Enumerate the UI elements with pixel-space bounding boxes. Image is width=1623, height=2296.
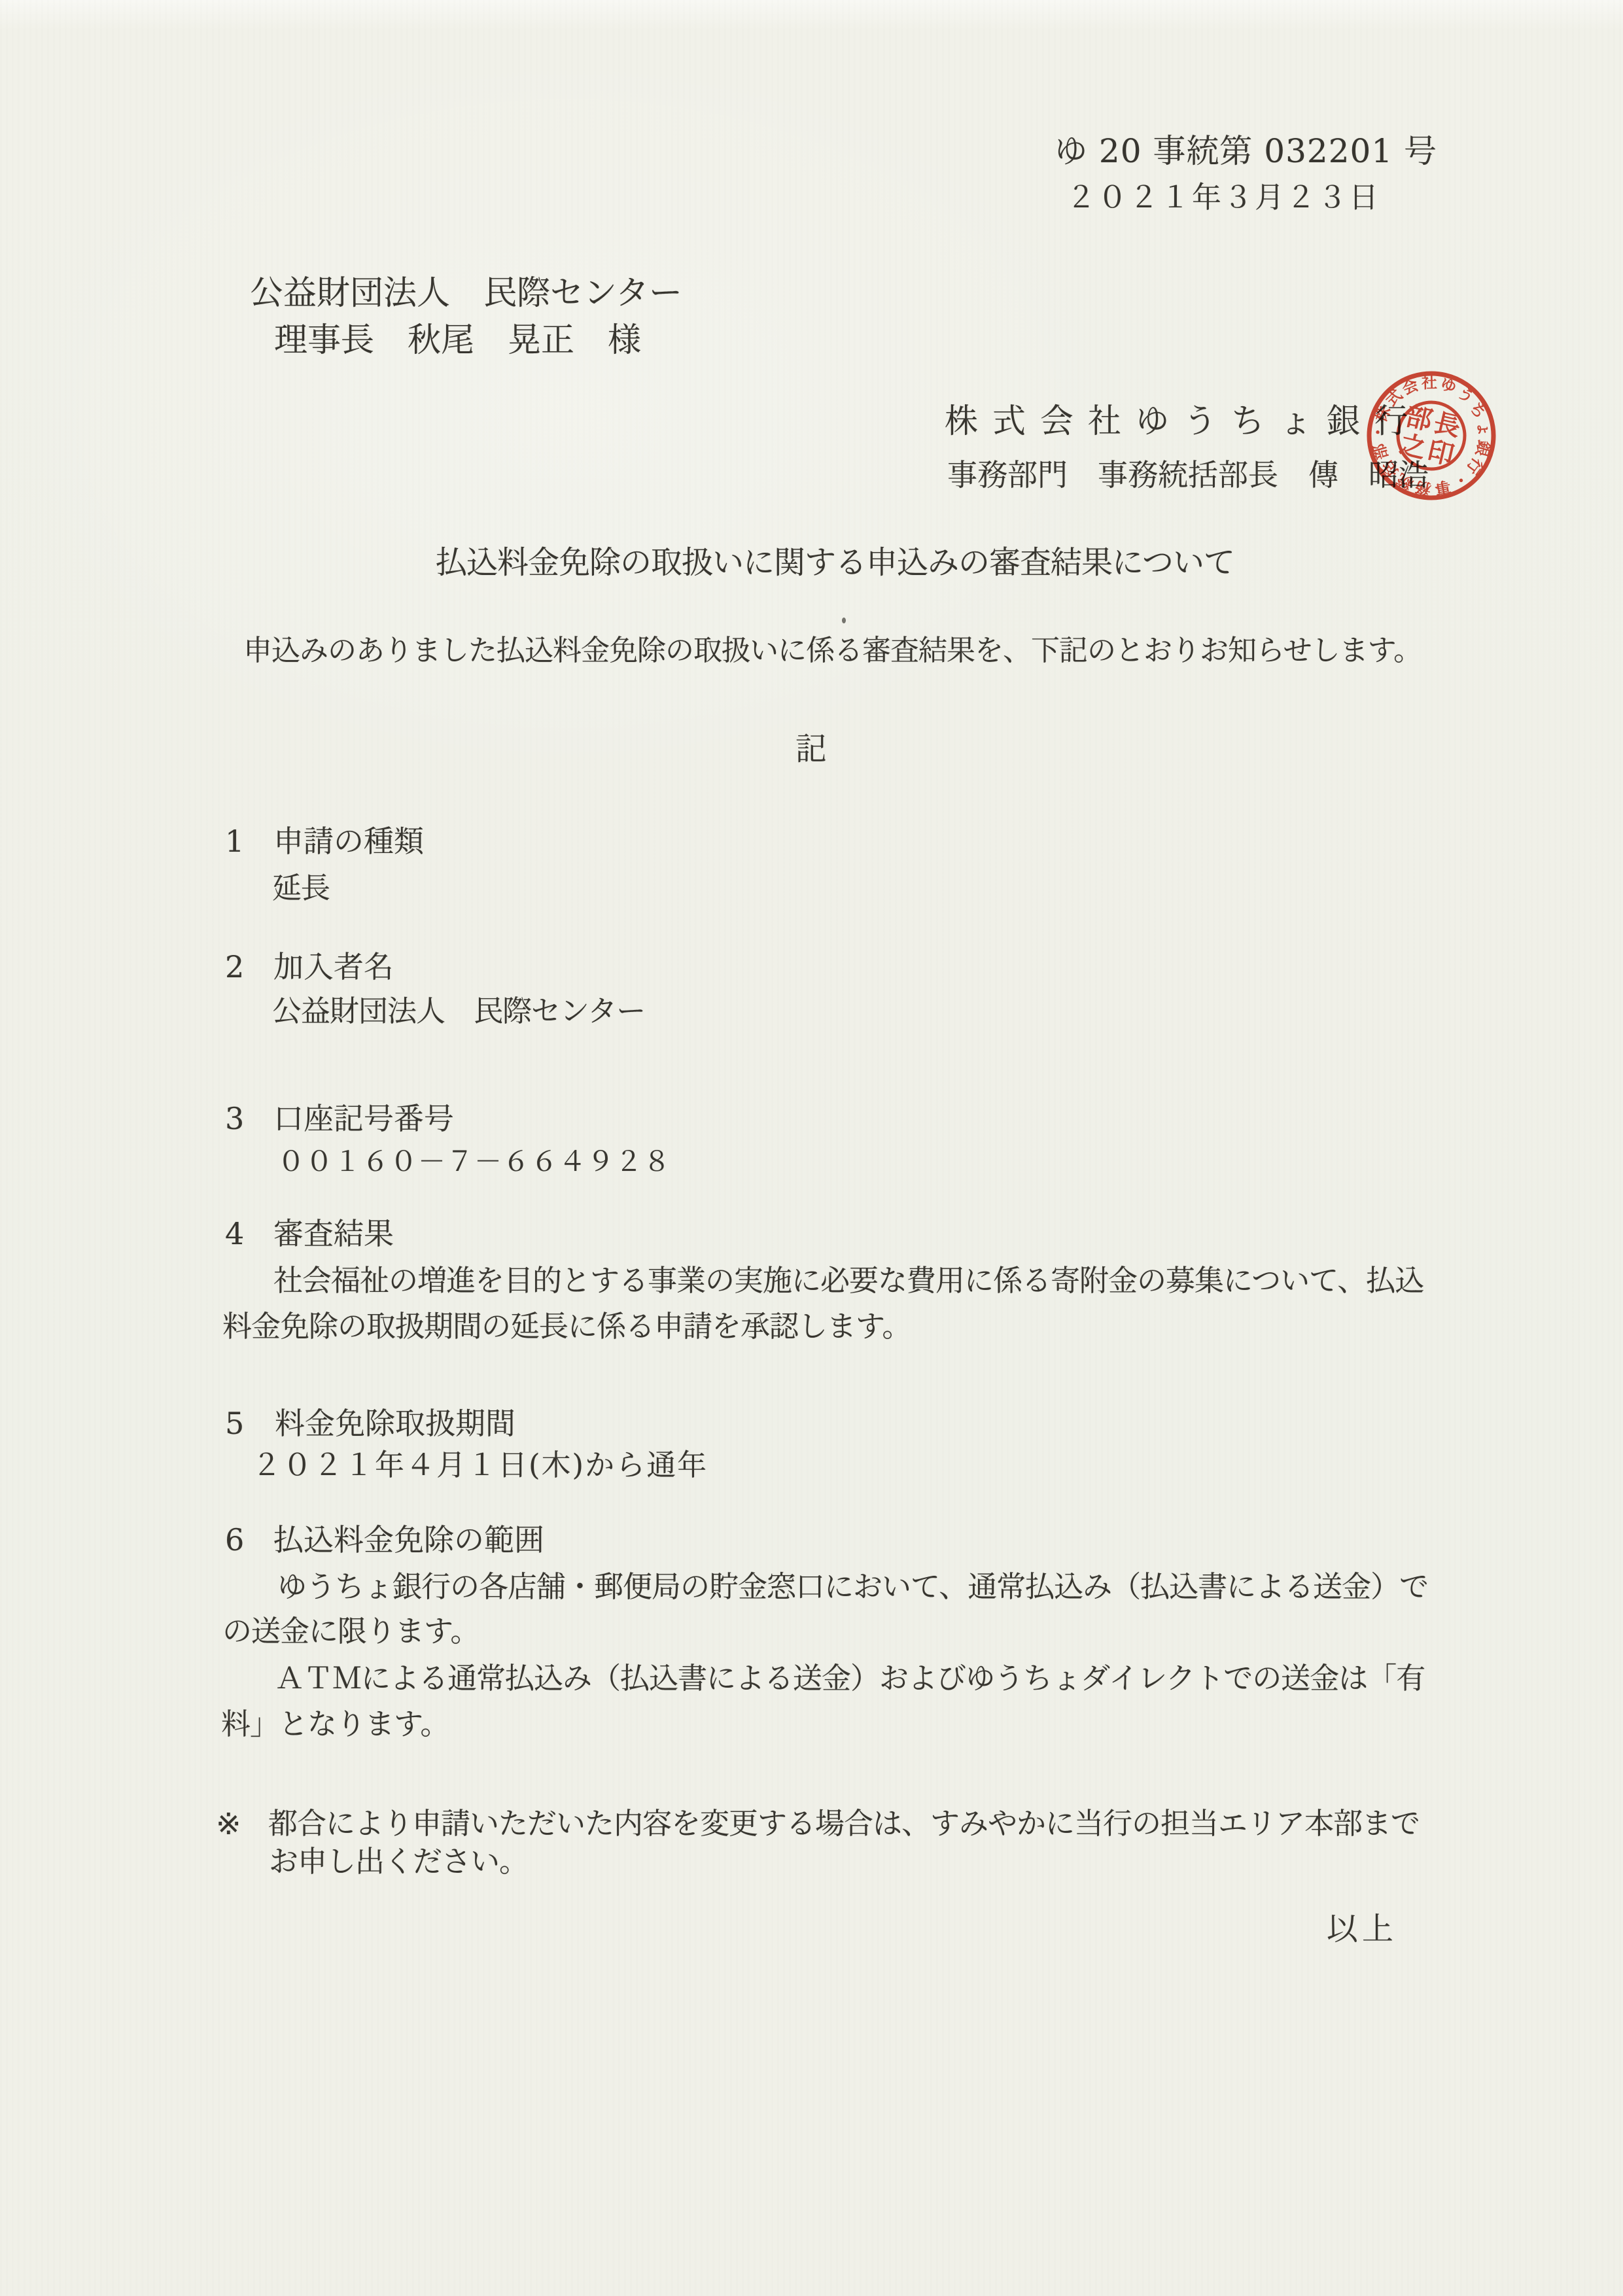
letter-subject: 払込料金免除の取扱いに関する申込みの審査結果について bbox=[436, 545, 1234, 581]
item-3-number: 3 bbox=[225, 1102, 244, 1136]
item-6-label: 払込料金免除の範囲 bbox=[273, 1523, 544, 1557]
closing-word: 以上 bbox=[1327, 1911, 1397, 1947]
note-line2: お申し出ください。 bbox=[269, 1845, 528, 1879]
item-6-value-line1: ゆうちょ銀行の各店舗・郵便局の貯金窓口において、通常払込み（払込書による送金）で bbox=[277, 1570, 1428, 1604]
doc-number: ゆ 20 事統第 032201 号 bbox=[1055, 133, 1437, 171]
item-4-value-line1: 社会福祉の増進を目的とする事業の実施に必要な費用に係る寄附金の募集について、払込 bbox=[273, 1264, 1423, 1298]
note-mark: ※ bbox=[216, 1807, 241, 1841]
item-4-label: 審査結果 bbox=[273, 1217, 394, 1251]
item-6-value-line4: 料」となります。 bbox=[221, 1707, 449, 1741]
item-3-label: 口座記号番号 bbox=[273, 1102, 454, 1136]
recipient-person: 理事長 秋尾 晃正 様 bbox=[274, 322, 641, 360]
sender-company: 株式会社ゆうちょ銀行 bbox=[945, 403, 1422, 442]
recipient-organization: 公益財団法人 民際センター bbox=[250, 275, 682, 313]
item-4-number: 4 bbox=[225, 1217, 244, 1251]
item-1-value: 延長 bbox=[272, 871, 330, 905]
item-5-number: 5 bbox=[225, 1406, 244, 1441]
item-1-number: 1 bbox=[225, 824, 244, 859]
record-separator: 記 bbox=[795, 731, 827, 767]
note-line1: 都合により申請いただいた内容を変更する場合は、すみやかに当行の担当エリア本部まで bbox=[268, 1807, 1420, 1841]
item-6-number: 6 bbox=[225, 1523, 244, 1557]
item-2-number: 2 bbox=[225, 950, 244, 984]
item-6-value-line2: の送金に限ります。 bbox=[222, 1614, 479, 1648]
item-2-label: 加入者名 bbox=[273, 950, 394, 984]
issue-date: ２０２１年３月２３日 bbox=[1066, 181, 1380, 215]
scanned-letter-page: ゆ 20 事統第 032201 号 ２０２１年３月２３日 公益財団法人 民際セン… bbox=[0, 0, 1623, 2296]
item-3-value-account-number: ００１６０－７－６６４９２８ bbox=[277, 1146, 671, 1177]
item-1-label: 申請の種類 bbox=[273, 824, 424, 859]
item-5-label: 料金免除取扱期間 bbox=[275, 1406, 515, 1441]
item-5-value-period: ２０２１年４月１日(木)から通年 bbox=[252, 1448, 708, 1482]
item-2-value: 公益財団法人 民際センター bbox=[272, 994, 645, 1028]
intro-paragraph: 申込みのありました払込料金免除の取扱いに係る審査結果を、下記のとおりお知らせしま… bbox=[243, 635, 1422, 668]
item-4-value-line2: 料金免除の取扱期間の延長に係る申請を承認します。 bbox=[222, 1310, 911, 1344]
ink-speck bbox=[842, 617, 846, 623]
item-6-value-line3: ＡＴＭによる通常払込み（払込書による送金）およびゆうちょダイレクトでの送金は「有 bbox=[275, 1661, 1425, 1696]
